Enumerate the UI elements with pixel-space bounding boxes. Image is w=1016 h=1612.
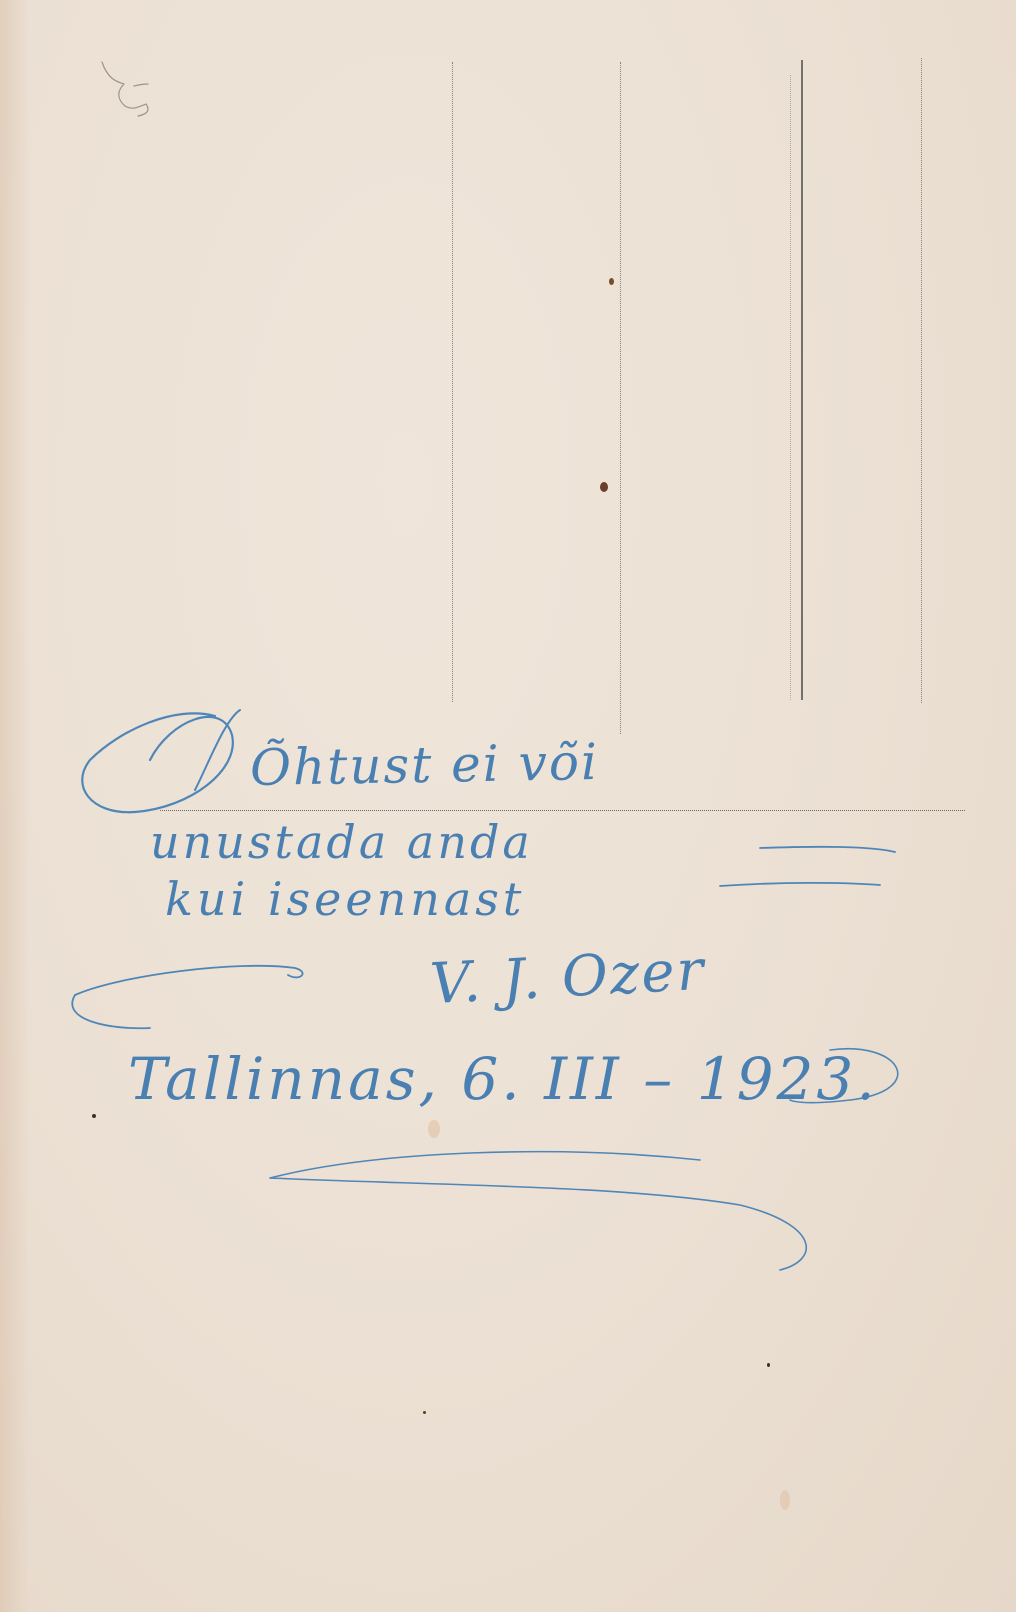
place-date: Tallinnas, 6. III – 1923. bbox=[128, 1045, 878, 1113]
handwriting-flourishes bbox=[0, 0, 1016, 1612]
message-line-2: unustada anda bbox=[150, 815, 533, 869]
message-line-1: Õhtust ei või bbox=[250, 733, 600, 797]
message-line-3: kui iseennast bbox=[165, 872, 525, 926]
postcard-back: Õhtust ei või unustada anda kui iseennas… bbox=[0, 0, 1016, 1612]
